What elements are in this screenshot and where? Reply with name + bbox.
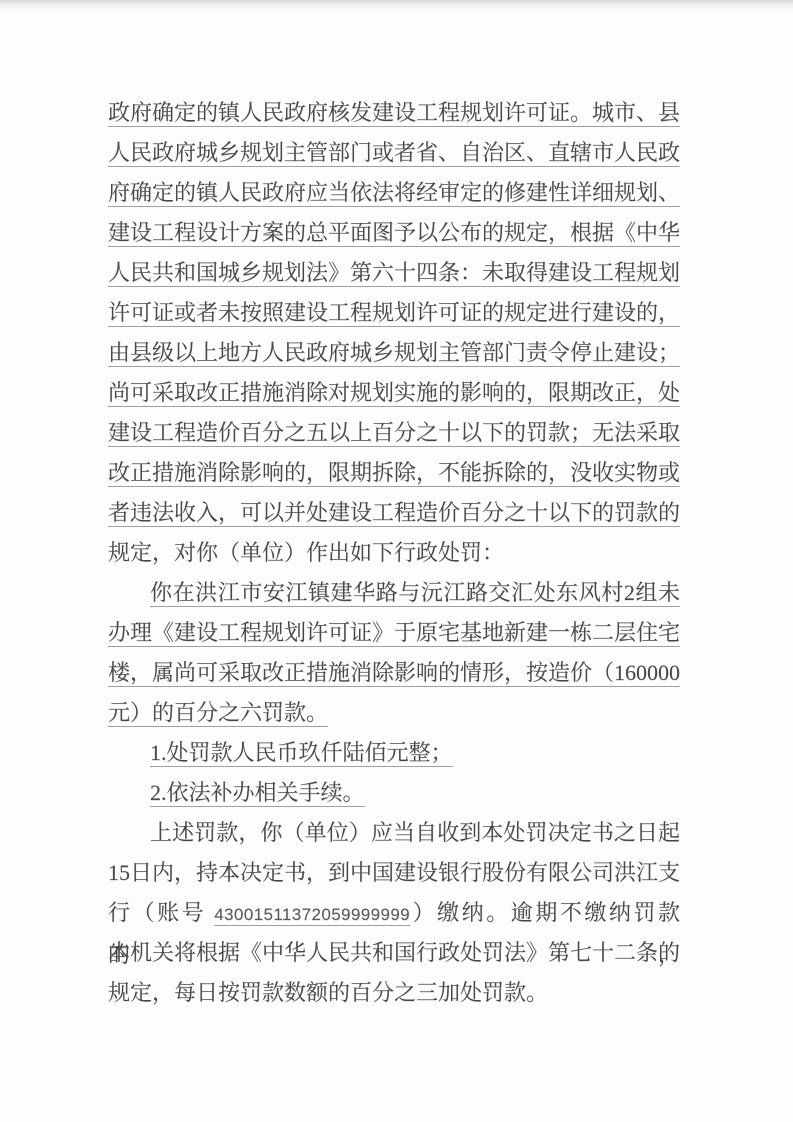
line-text: 由县级以上地方人民政府城乡规划主管部门责令停止建设； <box>108 340 680 367</box>
line-text: 建设工程设计方案的总平面图予以公布的规定，根据《中华 <box>108 220 680 247</box>
line-text: 2.依法补办相关手续。 <box>150 780 365 807</box>
line-text: 尚可采取改正措施消除对规划实施的影响的，限期改正，处 <box>108 380 680 407</box>
line-text: 本机关将根据《中华人民共和国行政处罚法》第七十二条的 <box>108 940 680 965</box>
document-line: 建设工程设计方案的总平面图予以公布的规定，根据《中华 <box>108 213 680 253</box>
document-line: 规定，每日按罚款数额的百分之三加处罚款。 <box>108 973 680 1013</box>
document-line: 改正措施消除影响的，限期拆除，不能拆除的，没收实物或 <box>108 453 680 493</box>
document-line: 办理《建设工程规划许可证》于原宅基地新建一栋二层住宅 <box>108 613 680 653</box>
document-line: 人民政府城乡规划主管部门或者省、自治区、直辖市人民政 <box>108 133 680 173</box>
line-text: 办理《建设工程规划许可证》于原宅基地新建一栋二层住宅 <box>108 620 680 647</box>
line-text: 改正措施消除影响的，限期拆除，不能拆除的，没收实物或 <box>108 460 680 487</box>
line-text: 元）的百分之六罚款。 <box>108 700 328 727</box>
line-text: 你在洪江市安江镇建华路与沅江路交汇处东风村2组未 <box>150 580 680 607</box>
document-body: 政府确定的镇人民政府核发建设工程规划许可证。城市、县人民政府城乡规划主管部门或者… <box>108 93 680 1013</box>
document-line: 政府确定的镇人民政府核发建设工程规划许可证。城市、县 <box>108 93 680 133</box>
document-line: 2.依法补办相关手续。 <box>108 773 680 813</box>
line-text: 许可证或者未按照建设工程规划许可证的规定进行建设的， <box>108 300 680 327</box>
document-line: 许可证或者未按照建设工程规划许可证的规定进行建设的， <box>108 293 680 333</box>
document-line: 15日内，持本决定书，到中国建设银行股份有限公司洪江支 <box>108 853 680 893</box>
document-line: 元）的百分之六罚款。 <box>108 693 680 733</box>
line-text: 规定，每日按罚款数额的百分之三加处罚款。 <box>108 980 548 1005</box>
line-text: 15日内，持本决定书，到中国建设银行股份有限公司洪江支 <box>108 860 680 885</box>
line-text: 府确定的镇人民政府应当依法将经审定的修建性详细规划、 <box>108 180 680 207</box>
document-line: 你在洪江市安江镇建华路与沅江路交汇处东风村2组未 <box>108 573 680 613</box>
line-text: 行（账号 <box>108 900 214 925</box>
line-text: 人民共和国城乡规划法》第六十四条：未取得建设工程规划 <box>108 260 680 287</box>
line-text: 楼，属尚可采取改正措施消除影响的情形，按造价（160000 <box>108 660 680 687</box>
document-line: 人民共和国城乡规划法》第六十四条：未取得建设工程规划 <box>108 253 680 293</box>
line-text: 上述罚款，你（单位）应当自收到本处罚决定书之日起 <box>150 820 680 845</box>
document-line: 建设工程造价百分之五以上百分之十以下的罚款；无法采取 <box>108 413 680 453</box>
line-text: 政府确定的镇人民政府核发建设工程规划许可证。城市、县 <box>108 100 680 127</box>
document-line: 尚可采取改正措施消除对规划实施的影响的，限期改正，处 <box>108 373 680 413</box>
document-line: 规定，对你（单位）作出如下行政处罚： <box>108 533 680 573</box>
line-text: 规定，对你（单位）作出如下行政处罚： <box>108 540 504 565</box>
document-page: 政府确定的镇人民政府核发建设工程规划许可证。城市、县人民政府城乡规划主管部门或者… <box>0 0 793 1122</box>
document-line: 1.处罚款人民币玖仟陆佰元整； <box>108 733 680 773</box>
line-text: 1.处罚款人民币玖仟陆佰元整； <box>150 740 453 767</box>
line-text: 建设工程造价百分之五以上百分之十以下的罚款；无法采取 <box>108 420 680 447</box>
document-line: 者违法收入，可以并处建设工程造价百分之十以下的罚款的 <box>108 493 680 533</box>
document-line: 府确定的镇人民政府应当依法将经审定的修建性详细规划、 <box>108 173 680 213</box>
document-line: 本机关将根据《中华人民共和国行政处罚法》第七十二条的 <box>108 933 680 973</box>
document-line: 由县级以上地方人民政府城乡规划主管部门责令停止建设； <box>108 333 680 373</box>
line-text: 人民政府城乡规划主管部门或者省、自治区、直辖市人民政 <box>108 140 680 167</box>
document-line: 行（账号 43001511372059999999）缴纳。逾期不缴纳罚款的， <box>108 893 680 933</box>
document-line: 楼，属尚可采取改正措施消除影响的情形，按造价（160000 <box>108 653 680 693</box>
document-line: 上述罚款，你（单位）应当自收到本处罚决定书之日起 <box>108 813 680 853</box>
line-text: 者违法收入，可以并处建设工程造价百分之十以下的罚款的 <box>108 500 680 527</box>
account-number: 43001511372059999999 <box>214 905 410 926</box>
